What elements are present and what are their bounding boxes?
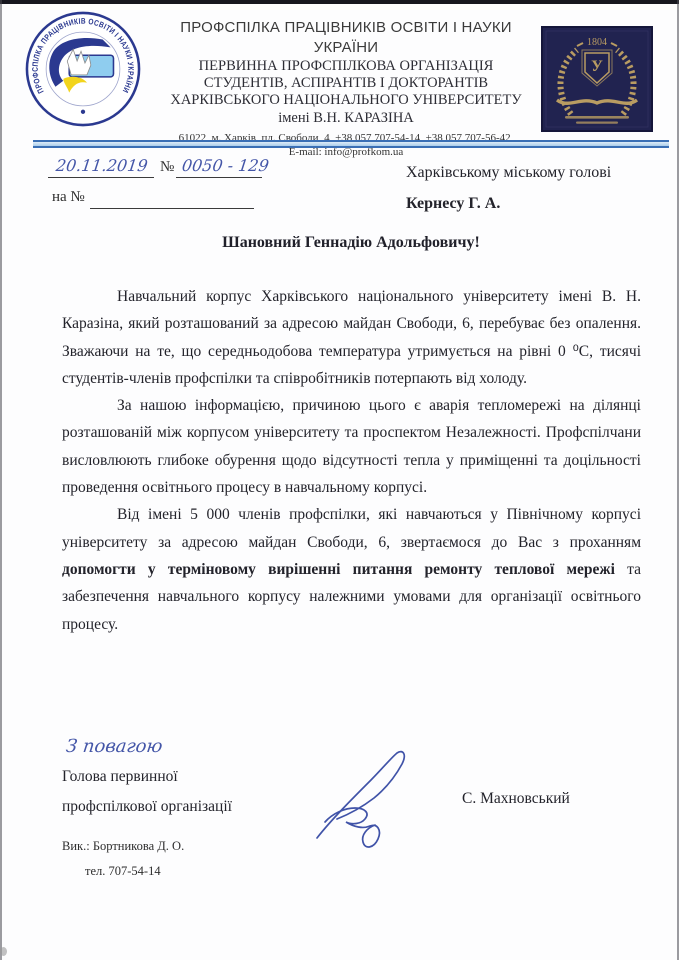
reply-underline — [90, 208, 254, 209]
recipient-block: Харківському міському голові Кернесу Г. … — [406, 157, 611, 219]
date-handwritten: 20.11.2019 — [55, 156, 149, 175]
caption-line-1 — [565, 116, 629, 119]
executor-line: Вик.: Бортникова Д. О. — [62, 839, 184, 854]
paragraph-3-bold: допомогти у терміновому вирішенні питанн… — [62, 561, 615, 578]
executor-phone: тел. 707-54-14 — [85, 864, 161, 879]
number-handwritten: 0050 - 129 — [181, 156, 270, 175]
paragraph-3-start: Від імені 5 000 членів профспілки, які н… — [62, 506, 641, 550]
signature-icon — [295, 742, 440, 854]
signer-title-line1: Голова первинної — [62, 762, 232, 792]
scan-edge-left — [0, 0, 2, 960]
paragraph-2: За нашою інформацією, причиною цього є а… — [62, 392, 641, 501]
scan-speck — [0, 947, 7, 956]
university-emblem-icon: 1804 У — [541, 26, 653, 132]
emblem-year: 1804 — [587, 37, 607, 48]
signer-name: С. Махновський — [462, 790, 570, 808]
salutation: Шановний Геннадію Адольфовичу! — [62, 234, 640, 252]
org-name-line1: ПРОФСПІЛКА ПРАЦІВНИКІВ ОСВІТИ І НАУКИ УК… — [148, 18, 544, 58]
date-underline — [48, 177, 154, 178]
org-name-line3: СТУДЕНТІВ, АСПІРАНТІВ І ДОКТОРАНТІВ — [148, 75, 544, 92]
letter-page: ПРОФСПІЛКА ПРАЦІВНИКІВ ОСВІТИ І НАУКИ УК… — [0, 0, 679, 960]
paragraph-1: Навчальний корпус Харківського національ… — [62, 283, 641, 392]
logo-ring-dot — [81, 110, 85, 114]
signer-title-line2: профспілкової організації — [62, 792, 232, 822]
number-label: № — [160, 159, 174, 176]
signer-title: Голова первинної профспілкової організац… — [62, 762, 232, 822]
emblem-letter: У — [591, 58, 603, 75]
org-name-line2: ПЕРВИННА ПРОФСПІЛКОВА ОРГАНІЗАЦІЯ — [148, 58, 544, 75]
closing-handwritten: З повагою — [65, 736, 164, 757]
scan-edge-top — [0, 0, 679, 4]
union-logo-icon: ПРОФСПІЛКА ПРАЦІВНИКІВ ОСВІТИ І НАУКИ УК… — [24, 10, 142, 128]
letter-body: Навчальний корпус Харківського національ… — [62, 283, 641, 638]
header-divider — [33, 140, 669, 148]
number-underline — [176, 177, 262, 178]
recipient-title: Харківському міському голові — [406, 157, 611, 188]
org-name-line5: імені В.Н. КАРАЗІНА — [148, 110, 544, 127]
paragraph-3: Від імені 5 000 членів профспілки, які н… — [62, 501, 641, 637]
letterhead: ПРОФСПІЛКА ПРАЦІВНИКІВ ОСВІТИ І НАУКИ УК… — [148, 18, 544, 159]
org-name-line4: ХАРКІВСЬКОГО НАЦІОНАЛЬНОГО УНІВЕРСИТЕТУ — [148, 92, 544, 109]
reply-to-label: на № — [52, 189, 85, 206]
caption-line-2 — [576, 122, 618, 124]
recipient-name: Кернесу Г. А. — [406, 188, 611, 219]
